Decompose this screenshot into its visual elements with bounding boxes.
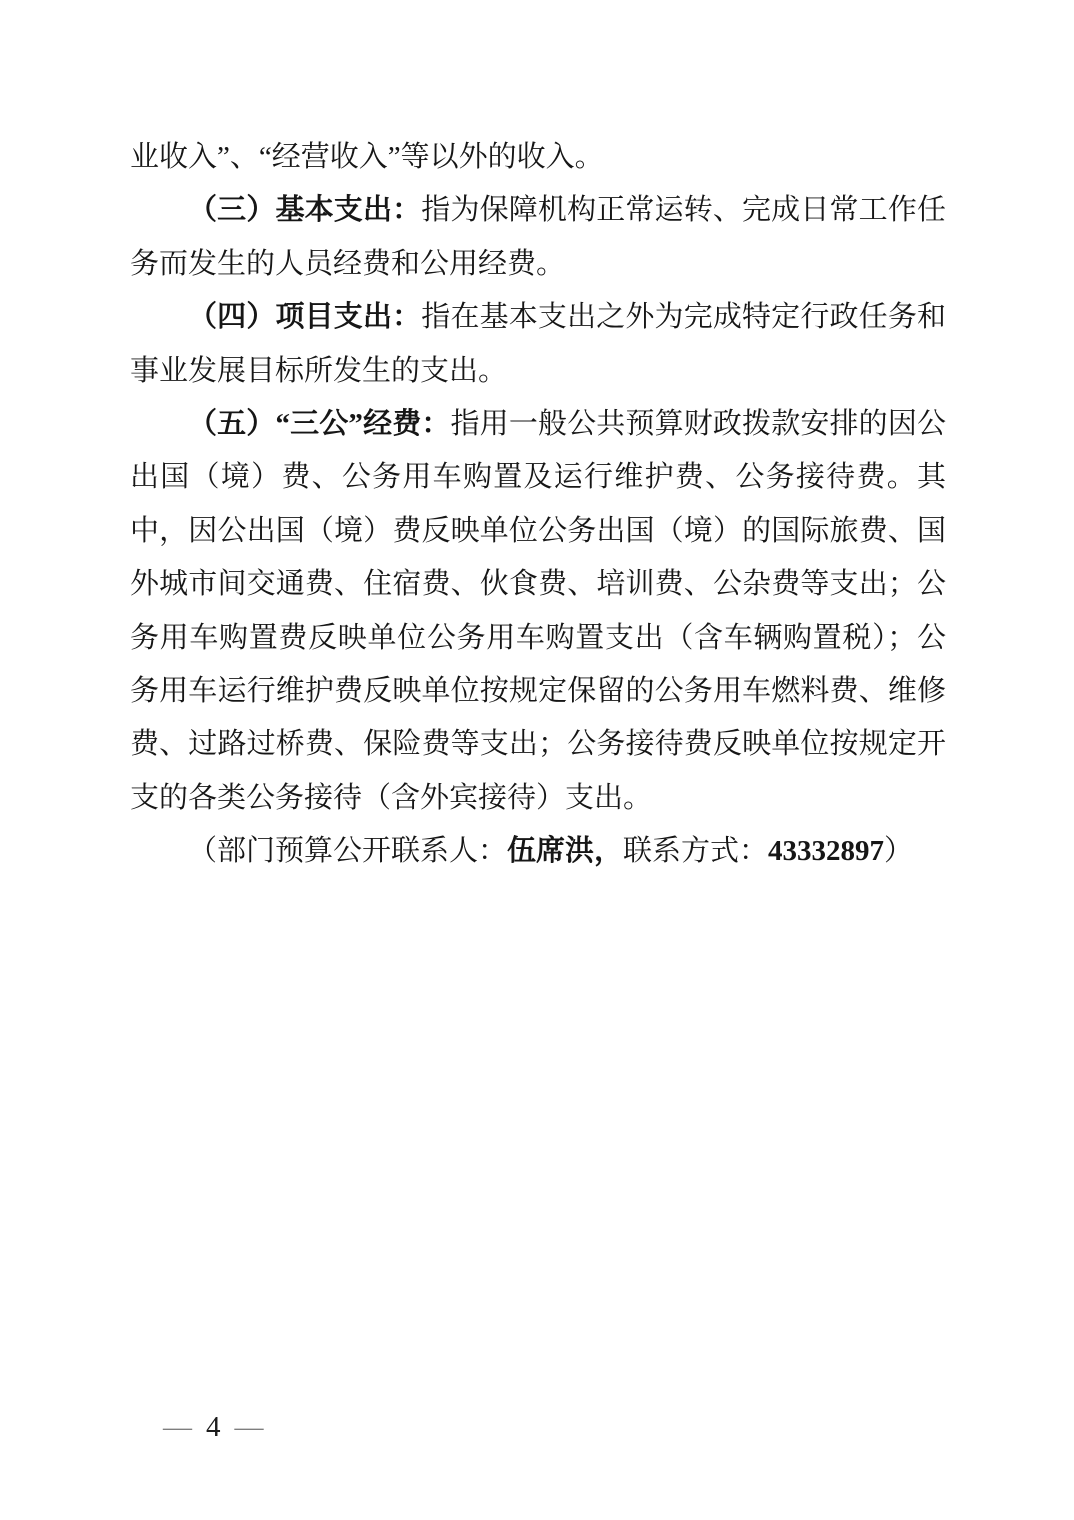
contact-phone: 43332897 (768, 835, 884, 867)
page-number: 4 (206, 1411, 221, 1443)
document-body: 业收入”、“经营收入”等以外的收入。 （三）基本支出：指为保障机构正常运转、完成… (130, 131, 946, 879)
item-5-body-text: 指用一般公共预算财政拨款安排的因公出国（境）费、公务用车购置及运行维护费、公务接… (130, 408, 946, 814)
item-3-lead-label: （三）基本支出： (188, 194, 421, 226)
contact-close-paren: ） (884, 835, 913, 867)
paragraph-contact-info: （部门预算公开联系人：伍席洪，联系方式：43332897） (130, 825, 946, 878)
contact-method-label: 联系方式： (623, 835, 768, 867)
paragraph-item-4-project-expenditure: （四）项目支出：指在基本支出之外为完成特定行政任务和事业发展目标所发生的支出。 (130, 291, 946, 398)
paragraph-continuation-other-income: 业收入”、“经营收入”等以外的收入。 (130, 131, 946, 184)
paragraph-item-3-basic-expenditure: （三）基本支出：指为保障机构正常运转、完成日常工作任务而发生的人员经费和公用经费… (130, 184, 946, 291)
contact-lead-text: （部门预算公开联系人： (188, 835, 507, 867)
page-footer: —4— (163, 1403, 264, 1451)
contact-name: 伍席洪， (507, 835, 623, 867)
body-text: 业收入”、“经营收入”等以外的收入。 (130, 141, 604, 173)
paragraph-item-5-three-public-funds: （五）“三公”经费：指用一般公共预算财政拨款安排的因公出国（境）费、公务用车购置… (130, 398, 946, 825)
item-4-lead-label: （四）项目支出： (188, 301, 421, 333)
page-number-dash-left: — (163, 1411, 192, 1443)
item-5-lead-label: （五）“三公”经费： (188, 408, 451, 440)
document-page: 业收入”、“经营收入”等以外的收入。 （三）基本支出：指为保障机构正常运转、完成… (0, 0, 1074, 1520)
page-number-dash-right: — (235, 1411, 264, 1443)
